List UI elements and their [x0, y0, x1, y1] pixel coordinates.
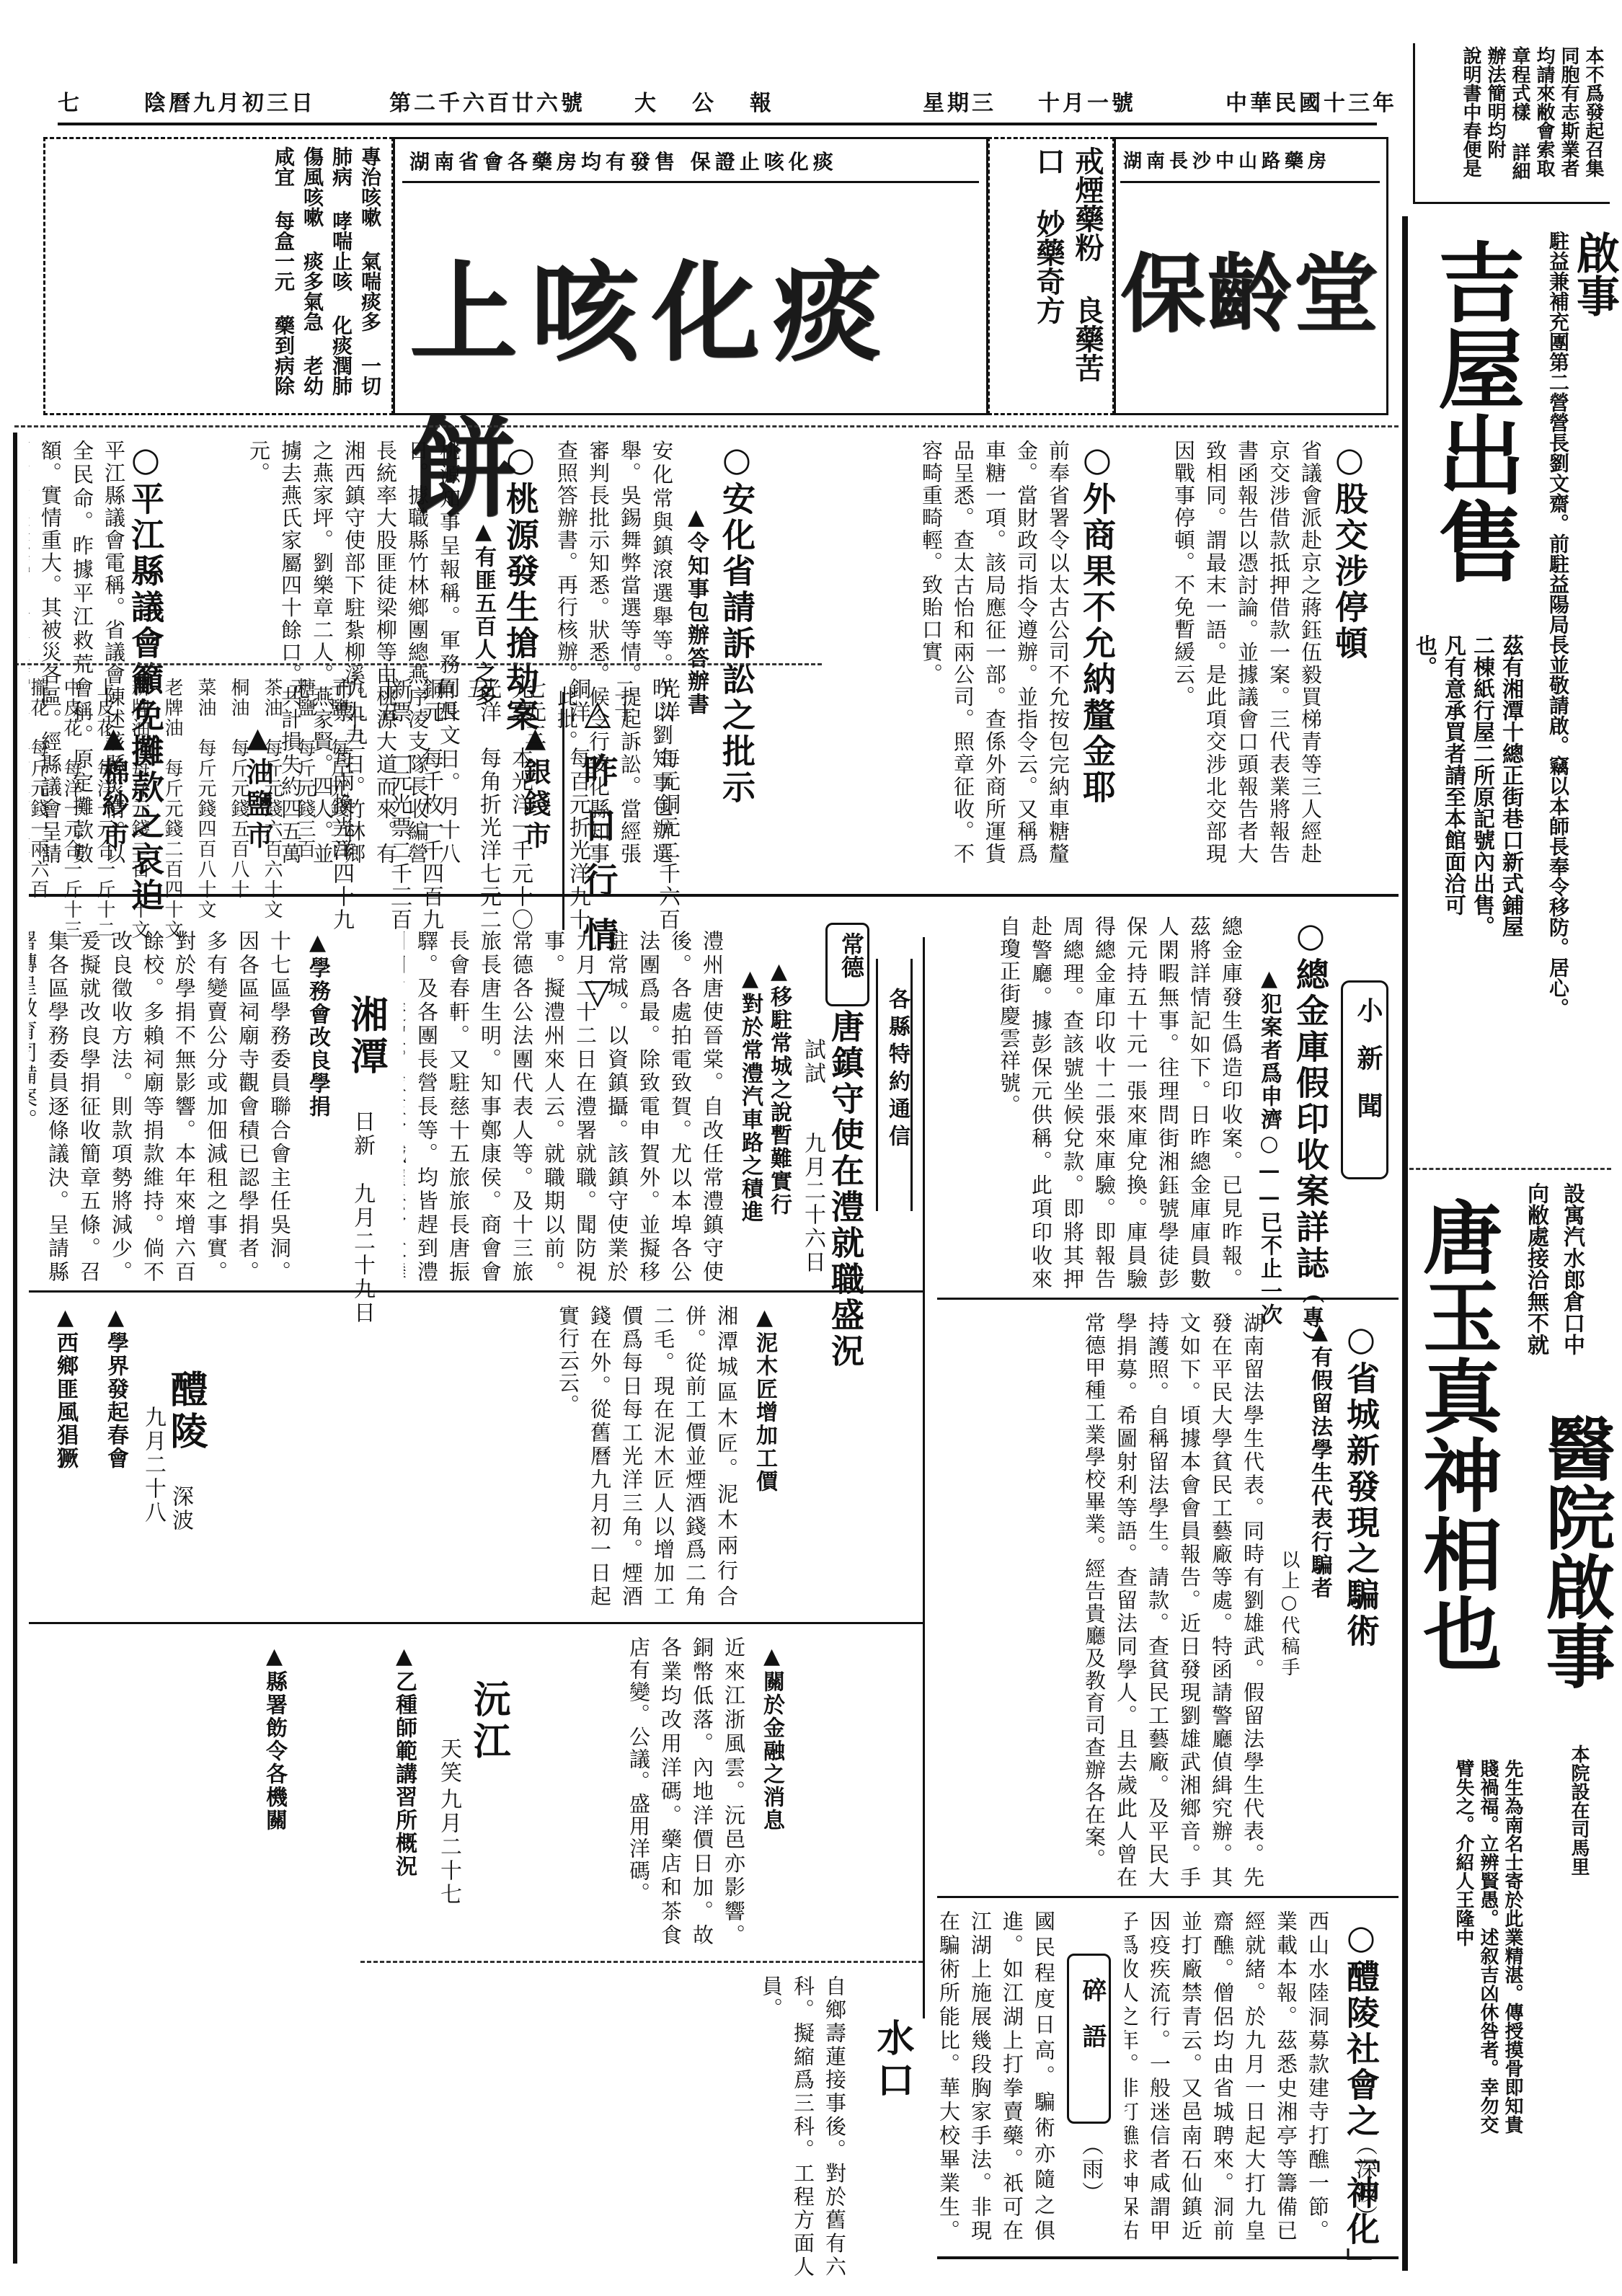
- oil-row: 老牌油 每斤元錢二百四十文: [156, 678, 189, 952]
- page-number: 七: [58, 85, 82, 117]
- shuikou-rule: [360, 1961, 923, 1963]
- headline-provincial: ○省城新發現之騙術: [1341, 1319, 1381, 1649]
- doctor-subtitle: 醫院啟事: [1528, 1413, 1622, 1690]
- sui-yu-byline: （雨）: [1074, 2134, 1106, 2205]
- headline-anhua: ○安化省請訴訟之批示: [717, 440, 757, 806]
- changde-badge: 常德: [825, 923, 869, 1006]
- cotton-market-table: 上皮花 每洋一元合一斤十二 中皮花 每洋一元合一斤十三 攏花 每斤元錢一兩六百: [22, 678, 121, 952]
- money-row: 銅元 每千枚一千四百九十五: [363, 678, 453, 952]
- bottom-right-rule: [937, 1896, 1399, 1898]
- sui-yu-box: 碎語: [1067, 1954, 1111, 2124]
- yuanjiang-subhead-1: ▲關於金融之消息: [757, 1644, 786, 1832]
- county-divider: [923, 937, 925, 2018]
- changde-subhead-2: ▲對於常澧汽車路之積進: [735, 966, 764, 1223]
- article-provincial: 湖南留法學生代表。同時有劉雄武。假留法學生代表。先發在平民大學貧民工藝廠等處。特…: [944, 1312, 1269, 1889]
- ad-middle-block: 戒煙藥粉 良藥苦口 妙藥奇方: [988, 137, 1114, 415]
- xiangtan-place: 湘潭: [339, 995, 393, 1078]
- subhead-provincial: ▲有假留法學生代表行騙者: [1305, 1319, 1334, 1600]
- row2-rule: [29, 1290, 923, 1293]
- oil-row: 菜油 每斤元錢四百八十文: [189, 678, 222, 952]
- market-rule: [14, 663, 822, 665]
- provincial-byline: 以上○代稿手: [1276, 1550, 1303, 1678]
- paper-name: 大公報: [634, 85, 807, 117]
- doctor-note-1: 設寓汽水郎倉口中: [1557, 1182, 1586, 1355]
- row3-rule: [29, 1622, 923, 1624]
- row2-right-rule: [937, 1298, 1399, 1300]
- ad-right-title: 保齡堂: [1120, 226, 1380, 348]
- changde-subhead-1: ▲移駐常城之說暫難實行: [764, 959, 793, 1216]
- corner-notice-text: 本不爲發起召集 同胞有志斯業者 均請來敝會索取 章程式樣 詳細辦法簡明均附 說明…: [1458, 46, 1605, 198]
- headline-changde: 唐鎮守使在澧就職盛況: [825, 1009, 866, 1370]
- ad-left-text: 專治咳嗽 氣喘痰多 一切肺病 哮喘止咳 化痰潤肺 傷風咳嗽 痰多氣急 老幼咸宜 …: [269, 146, 384, 399]
- top-section-rule: [14, 425, 1399, 427]
- lunar-date: 陰曆九月初三日: [144, 85, 316, 117]
- article-xiangtan: 十七區學務委員聯合會主任吳洞。因各區祠廟寺觀會積已認學捐者。多有變賣公分或加佃減…: [29, 930, 296, 1283]
- headline-foreign-trade: ○外商果不允納釐金耶: [1077, 440, 1117, 806]
- cotton-row: 上皮花 每洋一元合一斤十二: [88, 678, 121, 952]
- ad-right-baolingtang: 湖南長沙中山路藥房 保齡堂: [1114, 137, 1388, 415]
- liling-subhead-1: ▲泥木匠增加工價: [750, 1305, 779, 1493]
- article-yuanjiang: 近來江浙風雲。沅邑亦影響。銅幣低落。內地洋價日加。故各業均改用洋碼。藥店和茶食店…: [505, 1636, 750, 1946]
- ad-right-tagline: 湖南長沙中山路藥房: [1123, 146, 1331, 173]
- cotton-row: 中皮花 每洋一元合一斤十三: [55, 678, 88, 952]
- yuanjiang-place: 沅江: [461, 1680, 515, 1763]
- yuanjiang-byline: 天笑: [433, 1737, 464, 1785]
- money-row: 光票 本光洋一千元十〇五: [453, 678, 542, 952]
- doctor-text: 先生為南名士寄於此業精湛。傳授摸骨即知貴賤禍福。立辨賢愚。述叙吉凶休咎者。幸勿交…: [1417, 1759, 1525, 2134]
- small-news-box: 小新聞: [1341, 980, 1388, 1179]
- liling-byline: 深波: [164, 1485, 196, 1533]
- xiangtan-subhead: ▲學務會改良學捐: [303, 930, 332, 1118]
- cotton-row: 攏花 每斤元錢一兩六百: [22, 678, 55, 952]
- corner-notice: 本不爲發起召集 同胞有志斯業者 均請來敝會索取 章程式樣 詳細辦法簡明均附 說明…: [1413, 43, 1610, 204]
- xiangtan-byline: 日新: [346, 1110, 378, 1158]
- liling-subhead-3: ▲西鄉匪風猖獗: [50, 1305, 79, 1470]
- doctor-headline: 唐玉真神相也: [1413, 1197, 1499, 1672]
- article-shuikou: 自鄉壽蓮接事後。對於舊有六科。擬縮爲三科。工程方面人員。: [620, 1975, 851, 2278]
- month-day: 十月一號: [1038, 85, 1136, 117]
- sidebar-rule: [1409, 1168, 1611, 1170]
- county-news-header-box: 各縣特約通信: [876, 959, 913, 1211]
- changde-badge-text: 常德: [835, 932, 868, 978]
- left-margin-rule: [13, 433, 17, 2264]
- changde-date: 九月二十六日: [797, 1132, 828, 1275]
- county-news-header: 各縣特約通信: [881, 988, 913, 1152]
- liling-date: 九月二十八: [137, 1406, 169, 1525]
- headline-gold-lord: ○股交涉停頓: [1329, 440, 1370, 662]
- subhead-treasury: ▲犯案者爲申濟○——已不止一次: [1254, 966, 1283, 1326]
- bottom-rule: [937, 2256, 1399, 2259]
- liling-society-byline: （深波）: [1348, 2134, 1380, 2229]
- oil-row: 糖鹽 每斤元錢三百: [288, 678, 322, 952]
- oil-row: 桐油 每斤元錢五百八十: [222, 678, 255, 952]
- doctor-clinic-note: 本院設在司馬里: [1564, 1745, 1593, 1876]
- liling-subhead-2: ▲學界發起春會: [101, 1305, 130, 1470]
- weekday: 星期三: [923, 85, 996, 117]
- oil-market-table: 子鹽 每斤元錢三百 糖鹽 每斤元錢三百 茶油 每斤元錢六百六十文 桐油 每斤元錢…: [123, 678, 355, 952]
- money-row: 光洋 每元銅元二千六百二十: [600, 678, 689, 952]
- year: 中華民國十三年: [1226, 85, 1397, 117]
- article-liling-society: 西山水陸洞募款建寺打醮一節。業載本報。茲悉史湘亭等籌備已經就緒。於九月一日起大打…: [1125, 1910, 1334, 2242]
- issue-number: 第二千六百廿六號: [389, 85, 585, 117]
- xiangtan-date: 九月二十九日: [346, 1182, 378, 1325]
- yuanjiang-subhead-3: ▲縣署飭令各機關: [260, 1644, 288, 1832]
- article-foreign-trade: 前奉省署令以太古公司不允按包完納車糖釐金。當財政司指令遵辦。並指令云。又稱爲車糖…: [764, 440, 1074, 865]
- changde-byline: 試試: [797, 1038, 828, 1086]
- shuikou-place: 水口: [865, 2018, 919, 2102]
- ad-main-tagline: 湖南省會各藥房均有發售 保證止咳化痰: [409, 146, 838, 175]
- notice-text: 駐益兼補充團第二營營長劉文齋。前駐益陽局長並敬請啟。竊以本師長奉令移防。居心。: [1507, 231, 1572, 1132]
- oil-row: 子鹽 每斤元錢三百: [322, 678, 355, 952]
- ad-left-block: 專治咳嗽 氣喘痰多 一切肺病 哮喘止咳 化痰潤肺 傷風咳嗽 痰多氣急 老幼咸宜 …: [43, 137, 394, 415]
- yuanjiang-date: 九月二十七: [433, 1788, 464, 1907]
- yuanjiang-subhead-2: ▲乙種師範講習所概況: [389, 1644, 418, 1878]
- ad-middle-text: 戒煙藥粉 良藥苦口 妙藥奇方: [1029, 146, 1107, 399]
- middle-row-rule: [29, 894, 1399, 897]
- masthead-rule: [58, 123, 1377, 125]
- article-liling: 湘潭城區木匠。泥木兩行合併。從前工價並煙酒錢爲二角二毛。現在泥木匠人以增加工價爲…: [216, 1305, 743, 1608]
- small-news-label: 小新聞: [1350, 997, 1387, 1140]
- doctor-note-2: 向敝處接洽無不就: [1521, 1182, 1550, 1355]
- ad-main-cough-cake: 湖南省會各藥房均有發售 保證止咳化痰 上咳化痰餅: [393, 137, 988, 415]
- oil-row: 茶油 每斤元錢六百六十文: [255, 678, 288, 952]
- sidebar-divider: [1402, 216, 1408, 2271]
- article-gold-lord: 省議會派赴京之蔣鈺伍毅買梯青等三人經赴京交涉借款抵押借款一案。三代表業將報告書函…: [1125, 440, 1326, 865]
- sui-yu-label: 碎語: [1075, 1977, 1110, 2070]
- article-sui-yu: 國民程度日高。騙術亦隨之俱進。如江湖上打拳賣藥。祇可在江湖上施展幾段胸家手法。非…: [937, 1910, 1060, 2242]
- headline-treasury: ○總金庫假印收案詳誌（專）: [1290, 916, 1331, 1355]
- article-changde: 澧州唐使晉棠。自改任常澧鎮守使後。各處拍電致賀。尤以本埠各公法團爲最。除致電申賀…: [404, 930, 728, 1283]
- notice-title: 啟事: [1572, 231, 1618, 317]
- article-treasury: 總金庫發生僞造印收案。已見昨報。茲將詳情記如下。日昨總金庫庫員數人閑暇無事。往理…: [937, 916, 1247, 1290]
